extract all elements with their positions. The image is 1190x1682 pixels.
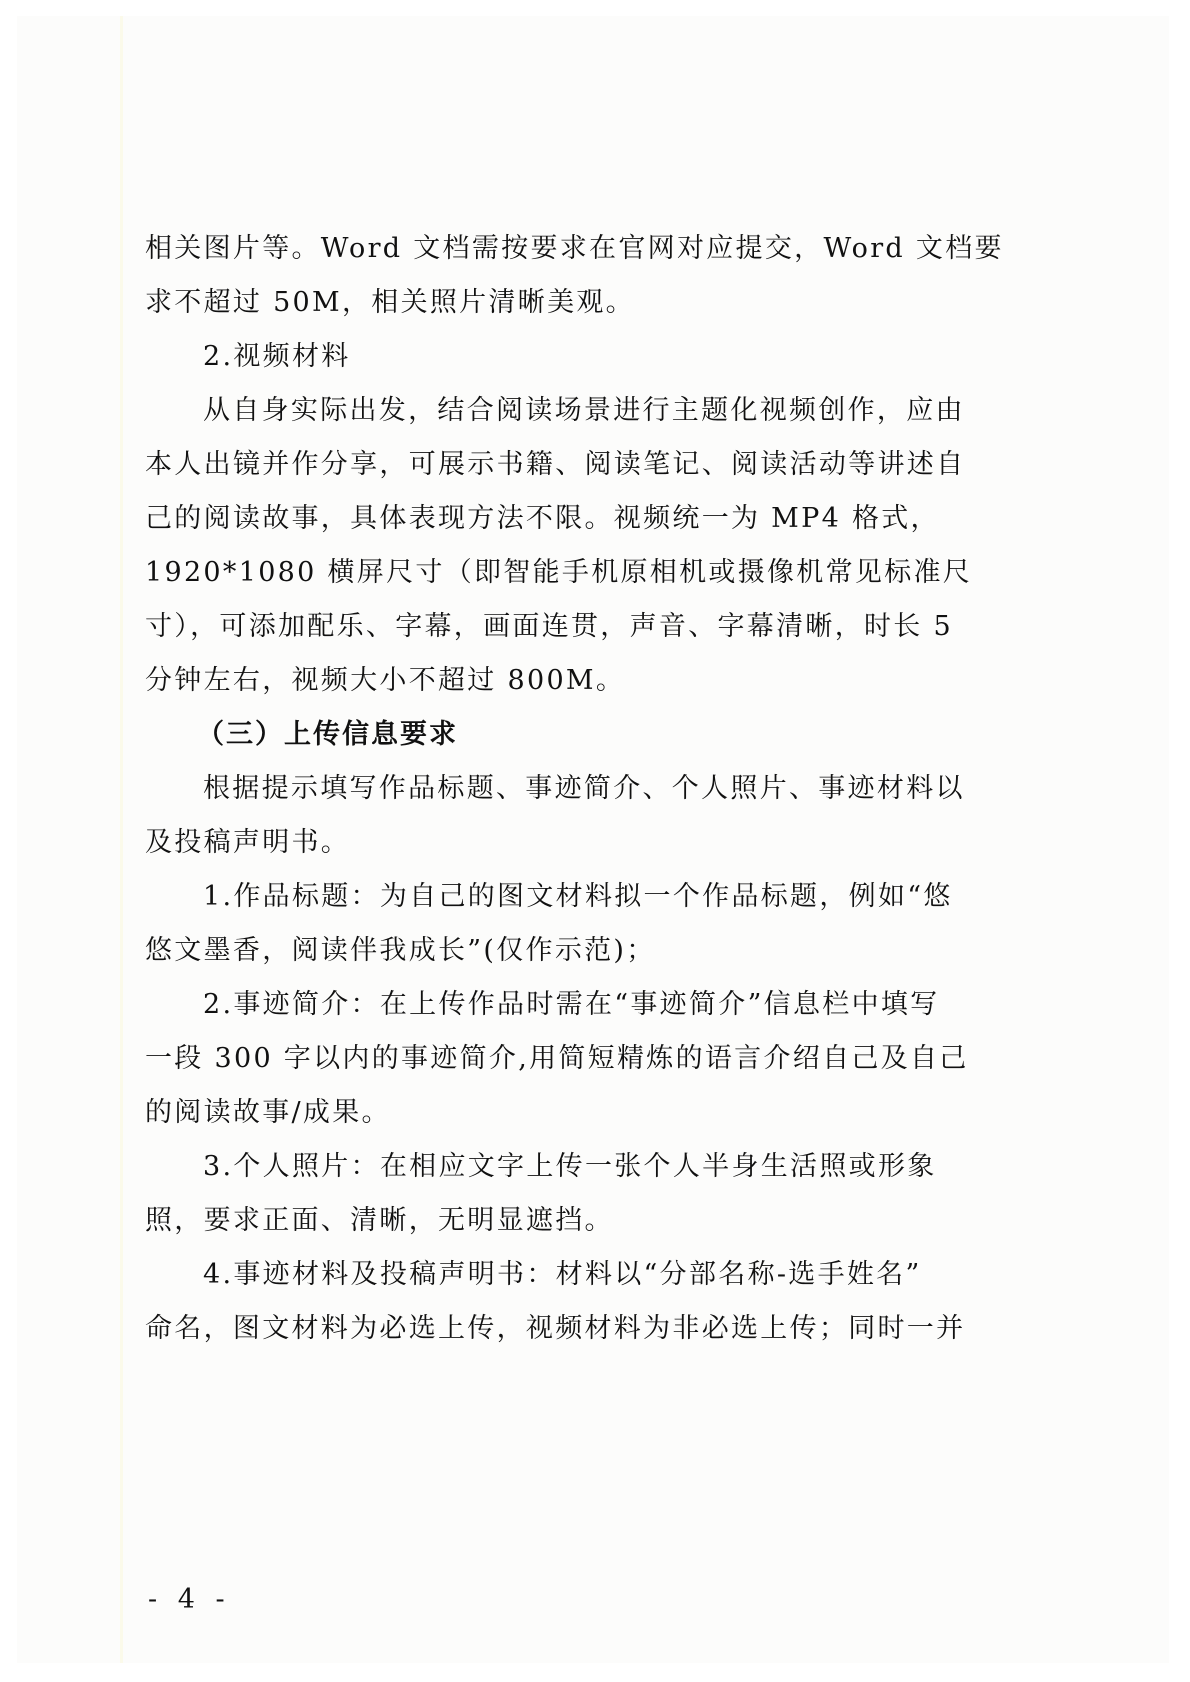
paragraph-start: 根据提示填写作品标题、事迹简介、个人照片、事迹材料以 <box>145 762 975 816</box>
body-line: 悠文墨香，阅读伴我成长”(仅作示范)； <box>145 924 975 978</box>
subheading-video-materials: 2.视频材料 <box>145 330 975 384</box>
body-line: 1920*1080 横屏尺寸（即智能手机原相机或摄像机常见标准尺 <box>145 546 975 600</box>
paragraph-start: 从自身实际出发，结合阅读场景进行主题化视频创作，应由 <box>145 384 975 438</box>
section-heading-upload-requirements: （三）上传信息要求 <box>145 708 975 762</box>
body-line: 命名，图文材料为必选上传，视频材料为非必选上传；同时一并 <box>145 1302 975 1356</box>
body-line: 求不超过 50M，相关照片清晰美观。 <box>145 276 975 330</box>
list-item-personal-photo: 3.个人照片：在相应文字上传一张个人半身生活照或形象 <box>145 1140 975 1194</box>
list-item-work-title: 1.作品标题：为自己的图文材料拟一个作品标题，例如“悠 <box>145 870 975 924</box>
body-line: 寸），可添加配乐、字幕，画面连贯，声音、字幕清晰，时长 5 <box>145 600 975 654</box>
page-number: - 4 - <box>148 1580 231 1620</box>
body-line: 照，要求正面、清晰，无明显遮挡。 <box>145 1194 975 1248</box>
body-line: 己的阅读故事，具体表现方法不限。视频统一为 MP4 格式， <box>145 492 975 546</box>
document-body: 相关图片等。Word 文档需按要求在官网对应提交，Word 文档要 求不超过 5… <box>145 222 975 1356</box>
body-line: 本人出镜并作分享，可展示书籍、阅读笔记、阅读活动等讲述自 <box>145 438 975 492</box>
list-item-deeds-summary: 2.事迹简介：在上传作品时需在“事迹简介”信息栏中填写 <box>145 978 975 1032</box>
body-line: 及投稿声明书。 <box>145 816 975 870</box>
scan-fold-line <box>120 16 123 1663</box>
body-line: 的阅读故事/成果。 <box>145 1086 975 1140</box>
body-line: 一段 300 字以内的事迹简介,用简短精炼的语言介绍自己及自己 <box>145 1032 975 1086</box>
body-line: 分钟左右，视频大小不超过 800M。 <box>145 654 975 708</box>
list-item-deeds-materials: 4.事迹材料及投稿声明书：材料以“分部名称-选手姓名” <box>145 1248 975 1302</box>
body-line: 相关图片等。Word 文档需按要求在官网对应提交，Word 文档要 <box>145 222 975 276</box>
